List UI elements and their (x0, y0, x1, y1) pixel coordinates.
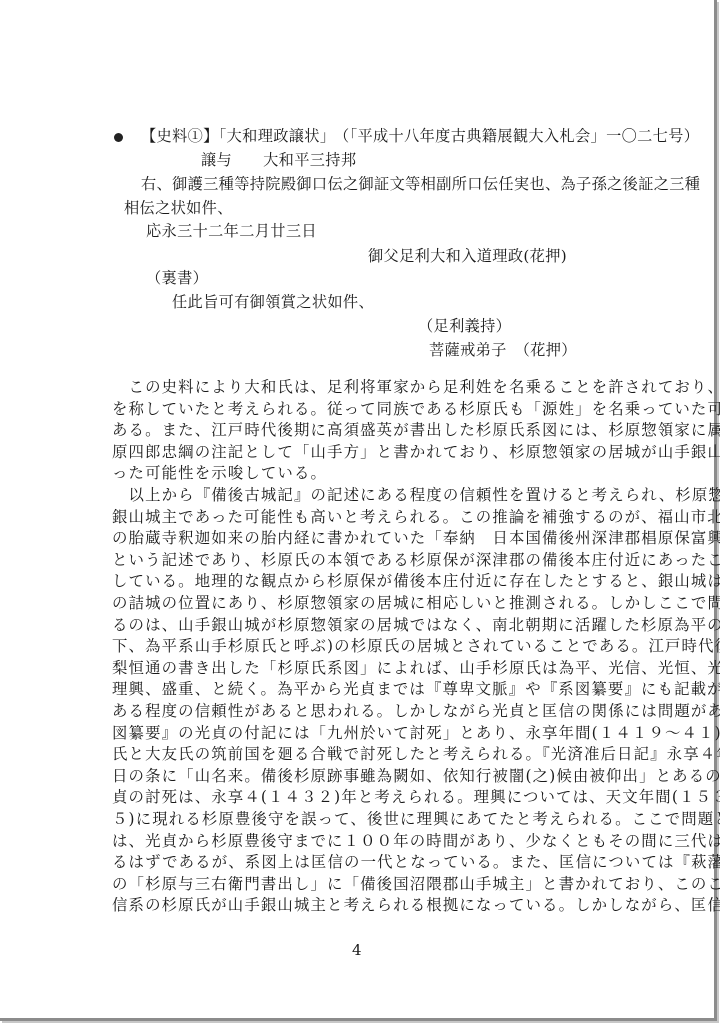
body-line: している。地理的な観点から杉原保が備後本庄付近に存在したとすると、銀山城は杉原保 (112, 571, 720, 591)
body-line: 氏と大友氏の筑前国を廻る合戦で討死したと考えられる。『光済准后日記』永享４年９月… (112, 744, 720, 764)
page-number: 4 (352, 941, 362, 959)
body-line: 以上から『備後古城記』の記述にある程度の信頼性を置けると考えられ、杉原惣領家が (112, 485, 720, 505)
body-line: ある。また、江戸時代後期に高須盛英が書出した杉原氏系図には、杉原惣領家に属した杉 (112, 420, 720, 440)
body-line: 原四郎忠綱の注記として「山手方」と書かれており、杉原惣領家の居城が山手銀山城であ (112, 442, 720, 462)
source-date: 応永三十二年二月廿三日 (146, 221, 317, 241)
body-line: この史料により大和氏は、足利将軍家から足利姓を名乗ることを許されており、「源姓」 (112, 377, 720, 397)
body-line: の胎蔵寺釈迦如来の胎内経に書かれていた「奉納 日本国備後州深津郡椙原保富興禅寺」 (112, 528, 720, 548)
body-line: ５)に現れる杉原豊後守を誤って、後世に理興にあてたと考えられる。ここで問題となる… (112, 809, 720, 829)
body-line: 理興、盛重、と続く。為平から光貞までは『尊卑文脈』や『系図纂要』にも記載があり、 (112, 679, 720, 699)
source-grantee: 譲与 大和平三持邦 (201, 150, 356, 170)
body-line: るはずであるが、系図上は匡信の一代となっている。また、匡信については『萩藩閥閲録… (112, 852, 720, 872)
body-line: 図纂要』の光貞の付記には「九州於いて討死」とあり、永享年間(１４１９～４１)の大… (112, 723, 720, 743)
source-signatory: 御父足利大和入道理政(花押) (368, 246, 567, 266)
reverse-signer-name: （足利義持） (418, 316, 511, 336)
body-line: 銀山城主であった可能性も高いと考えられる。この推論を補強するのが、福山市北吉津町 (112, 507, 720, 527)
source-body-line: 右、御護三種等持院殿御口伝之御証文等相副所口伝任実也、為子孫之後証之三種 (141, 174, 700, 194)
reverse-signer-title: 菩薩戒弟子 （花押） (429, 340, 577, 360)
body-line: 下、為平系山手杉原氏と呼ぶ)の杉原氏の居城とされていることである。江戸時代後期に… (112, 636, 720, 656)
body-line: 信系の杉原氏が山手銀山城主と考えられる根拠になっている。しかしながら、匡信につい (112, 895, 720, 915)
body-line: 貞の討死は、永享４(１４３２)年と考えられる。理興については、天文年間(１５３２… (112, 787, 720, 807)
body-line: の「杉原与三右衛門書出し」に「備後国沼隈郡山手城主」と書かれており、このことが匡 (112, 874, 720, 894)
body-line: 梨恒通の書き出した「杉原氏系図」によれば、山手杉原氏は為平、光信、光恒、光貞、匡… (112, 658, 720, 678)
reverse-label: （裏書） (146, 268, 208, 288)
body-line: を称していたと考えられる。従って同族である杉原氏も「源姓」を名乗っていた可能性が (112, 399, 720, 419)
body-line: 日の条に「山名来。備後杉原跡事雖為闕如、依知行被闇(之)候由被仰出」とあるので、… (112, 766, 720, 786)
bullet-icon (114, 133, 123, 142)
body-line: った可能性を示唆している。 (112, 463, 327, 483)
reverse-text: 任此旨可有御領賞之状如件、 (172, 292, 374, 312)
source-body-line: 相伝之状如件、 (124, 198, 233, 218)
body-line: は、光貞から杉原豊後守までに１００年の時間があり、少なくともその間に三代は存在す (112, 831, 720, 851)
source-citation: （「平成十八年度古典籍展観大入札会」一〇二七号） (334, 126, 699, 146)
body-line: るのは、山手銀山城が杉原惣領家の居城ではなく、南北朝期に活躍した杉原為平の系統(… (112, 615, 720, 635)
body-line: の詰城の位置にあり、杉原惣領家の居城に相応しいと推測される。しかしここで問題とな (112, 593, 720, 613)
document-page: 【史料①】「大和理政譲状」 （「平成十八年度古典籍展観大入札会」一〇二七号） 譲… (0, 0, 717, 1021)
body-line: という記述であり、杉原氏の本領である杉原保が深津郡の備後本庄付近にあったことを示 (112, 550, 720, 570)
body-line: ある程度の信頼性があると思われる。しかしながら光貞と匡信の関係には問題がある。『… (112, 701, 720, 721)
source-label: 【史料①】「大和理政譲状」 (141, 126, 335, 146)
